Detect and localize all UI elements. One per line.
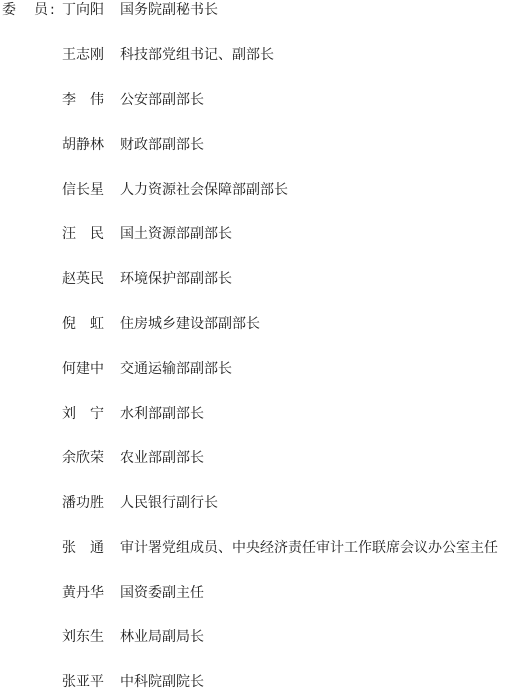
member-name: 王志刚 [62, 45, 104, 65]
member-name: 丁向阳 [62, 0, 104, 20]
member-name: 张亚平 [62, 672, 104, 690]
member-name: 黄丹华 [62, 583, 104, 603]
member-name: 胡静林 [62, 135, 104, 155]
member-title: 人民银行副行长 [120, 493, 218, 513]
member-title: 审计署党组成员、中央经济责任审计工作联席会议办公室主任 [120, 538, 498, 558]
member-name: 余欣荣 [62, 448, 104, 468]
member-title: 住房城乡建设部副部长 [120, 314, 260, 334]
member-name-part: 倪 [62, 314, 76, 334]
member-name: 何建中 [62, 359, 104, 379]
member-name-part: 民 [90, 224, 104, 244]
member-title: 国土资源部副部长 [120, 224, 232, 244]
member-name-part: 李 [62, 90, 76, 110]
label-char-2: 员 [34, 0, 48, 20]
member-name-part: 汪 [62, 224, 76, 244]
member-title: 国资委副主任 [120, 583, 204, 603]
member-title: 环境保护部副部长 [120, 269, 232, 289]
member-name: 赵英民 [62, 269, 104, 289]
member-name: 潘功胜 [62, 493, 104, 513]
member-name: 刘东生 [62, 627, 104, 647]
member-title: 科技部党组书记、副部长 [120, 45, 274, 65]
member-name-part: 伟 [90, 90, 104, 110]
member-title: 国务院副秘书长 [120, 0, 218, 20]
member-title: 交通运输部副部长 [120, 359, 232, 379]
label-colon: : [50, 0, 55, 20]
member-title: 农业部副部长 [120, 448, 204, 468]
member-name-part: 宁 [90, 404, 104, 424]
label-char-1: 委 [2, 0, 16, 20]
member-name-part: 虹 [90, 314, 104, 334]
member-title: 中科院副院长 [120, 672, 204, 690]
member-name-part: 张 [62, 538, 76, 558]
member-name-part: 通 [90, 538, 104, 558]
member-title: 公安部副部长 [120, 90, 204, 110]
member-title: 水利部副部长 [120, 404, 204, 424]
member-name-part: 刘 [62, 404, 76, 424]
member-title: 人力资源社会保障部副部长 [120, 180, 288, 200]
member-title: 林业局副局长 [120, 627, 204, 647]
member-title: 财政部副部长 [120, 135, 204, 155]
member-name: 信长星 [62, 180, 104, 200]
